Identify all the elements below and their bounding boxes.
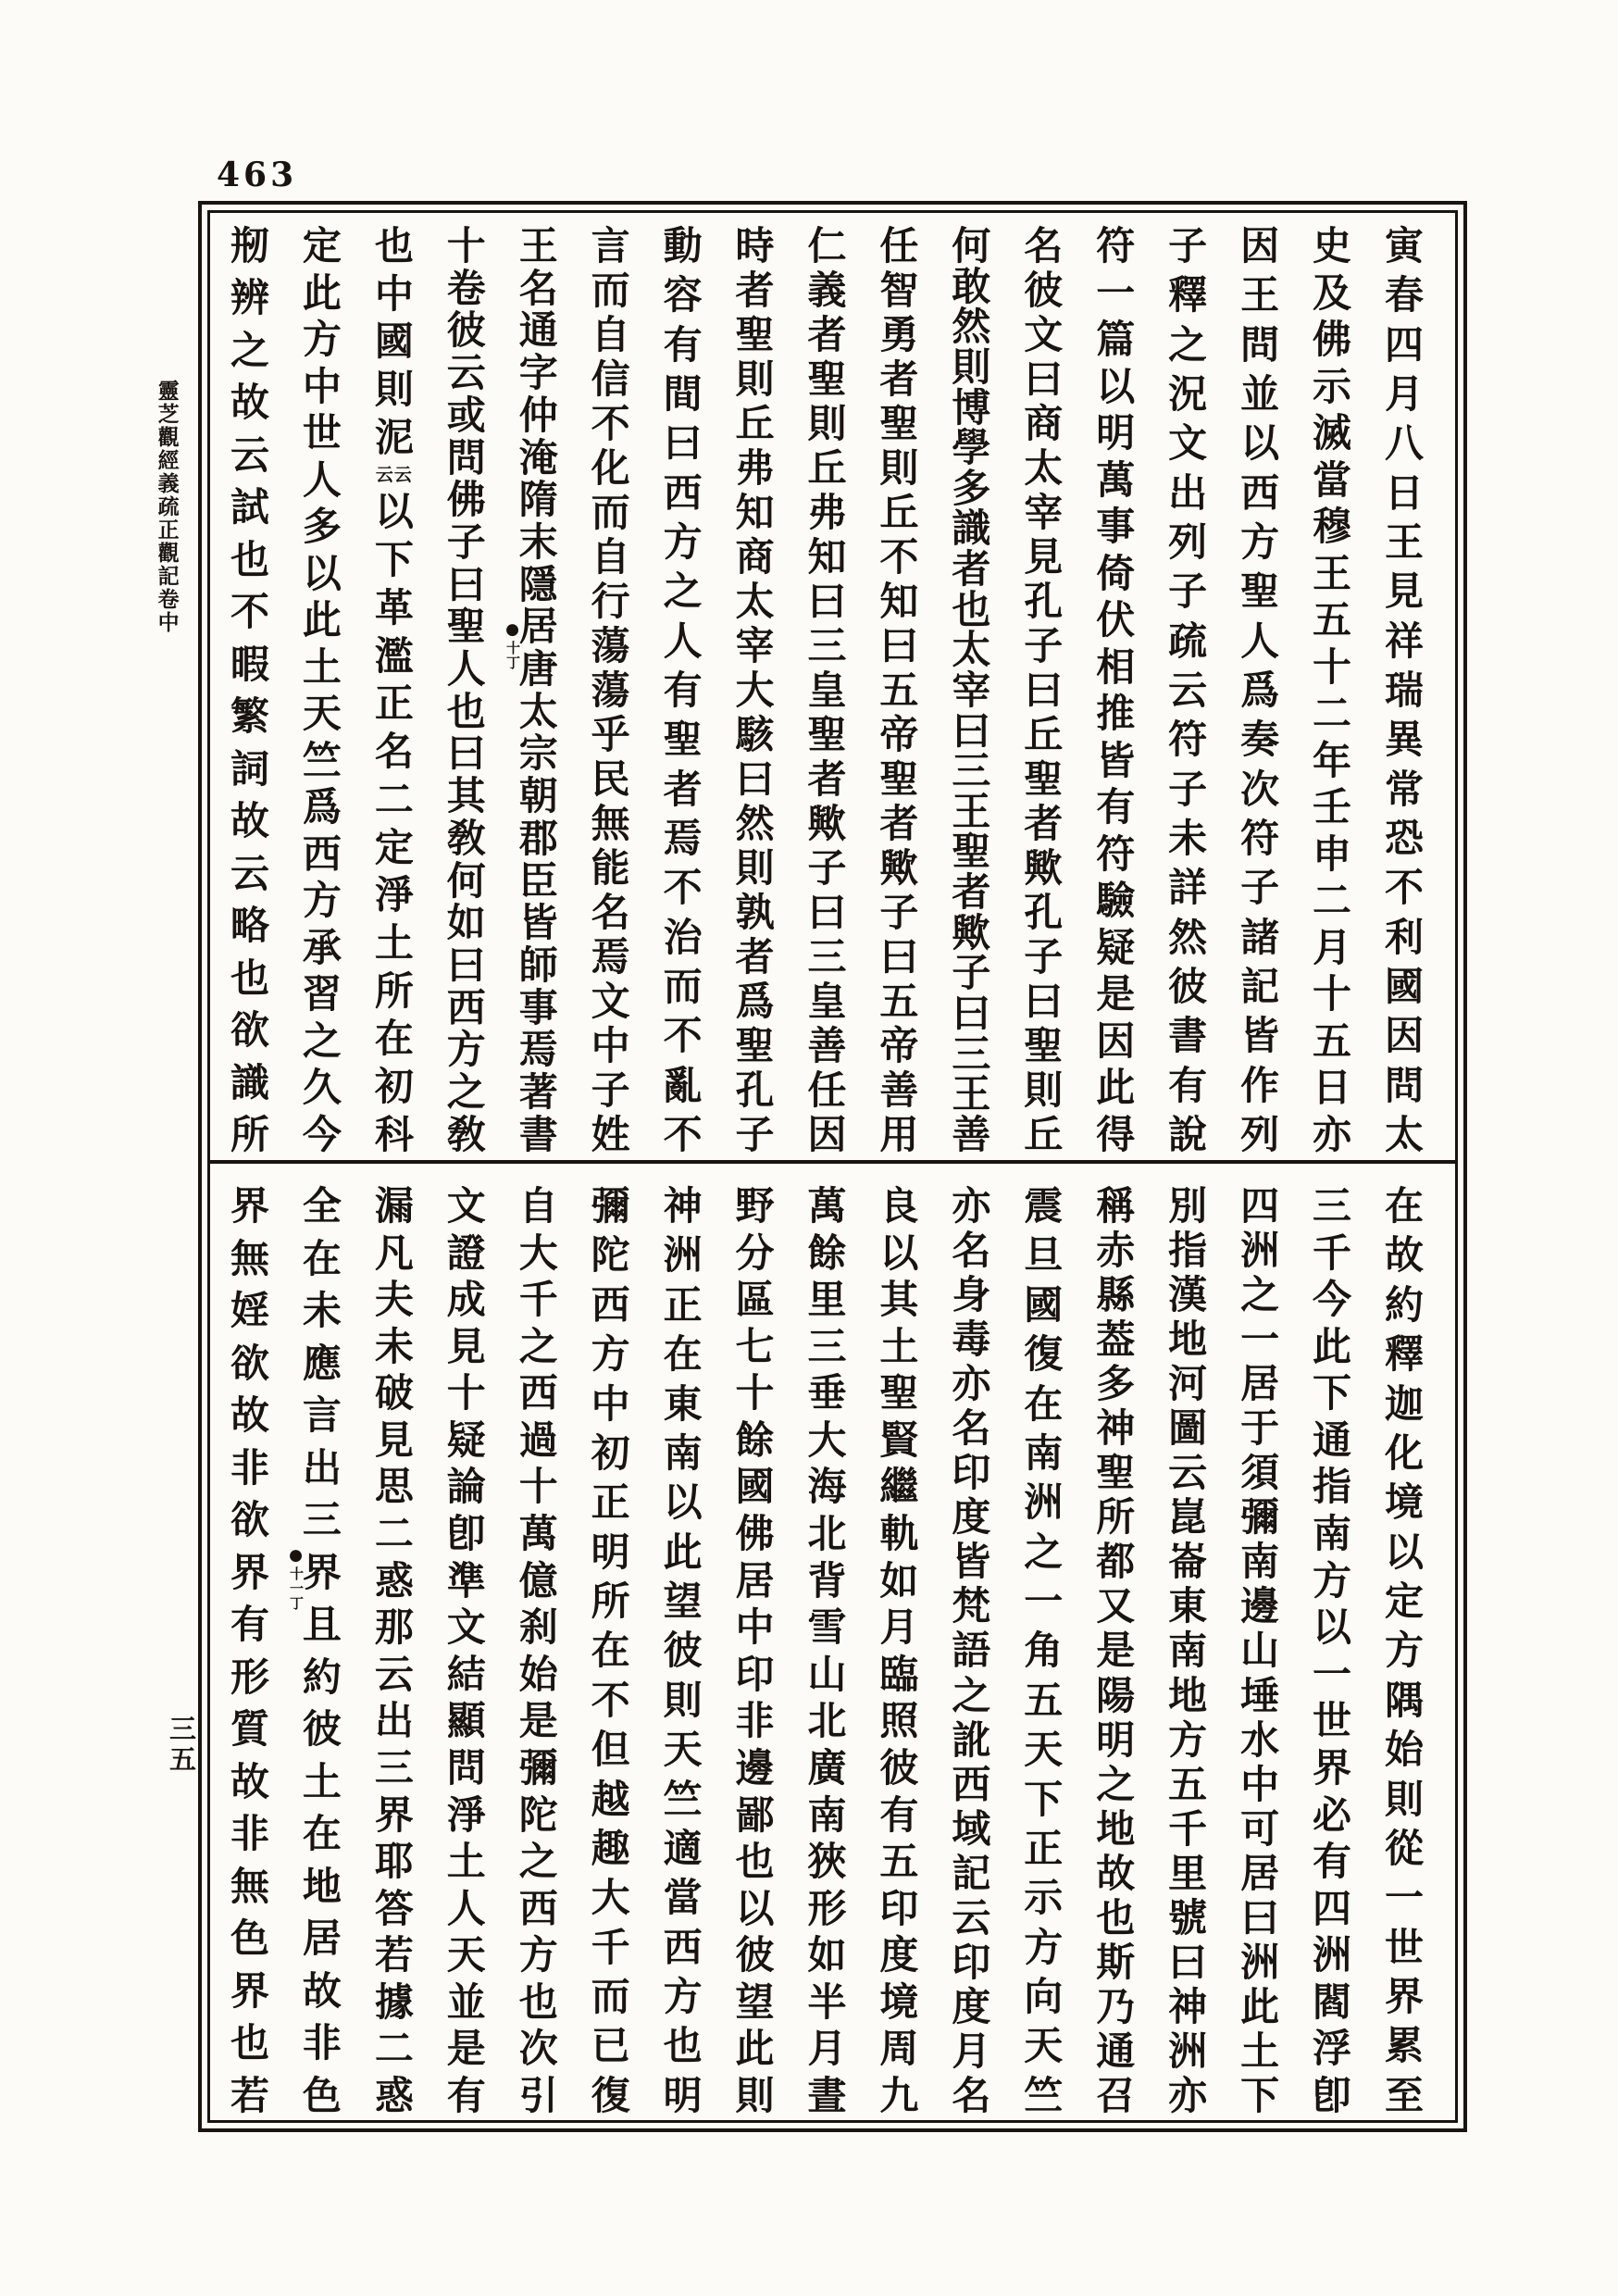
text-column: 名彼文曰商太宰見孔子曰丘聖者歟孔子曰聖則丘 xyxy=(1008,227,1078,1154)
char: 界 xyxy=(230,1554,269,1592)
char: 然 xyxy=(952,307,990,346)
char: 故 xyxy=(1385,1236,1424,1275)
char: 圖 xyxy=(1168,1409,1207,1448)
char: 震 xyxy=(1024,1187,1063,1226)
char: 則 xyxy=(664,1681,703,1720)
char: 居 xyxy=(736,1562,775,1601)
char: 應 xyxy=(303,1344,342,1383)
char: 閻 xyxy=(1313,1983,1351,2022)
char: 五 xyxy=(1313,1022,1351,1061)
char: 之 xyxy=(1240,1276,1279,1315)
char: 答 xyxy=(375,1890,414,1928)
char: 也 xyxy=(952,591,990,630)
char: 故 xyxy=(230,383,269,422)
char: 邊 xyxy=(736,1749,775,1788)
char: 人 xyxy=(447,1890,486,1928)
char: 勇 xyxy=(879,316,918,355)
char: 此 xyxy=(303,274,342,313)
char: 佛 xyxy=(1313,320,1351,359)
char: 況 xyxy=(1168,375,1207,414)
char: 人 xyxy=(1240,622,1279,661)
char: 皇 xyxy=(807,982,846,1021)
char: 所 xyxy=(591,1582,630,1621)
char: 日 xyxy=(1313,1068,1351,1107)
char: 萬 xyxy=(1096,461,1135,500)
char: 皆 xyxy=(1096,742,1135,780)
char: 千 xyxy=(591,1928,630,1967)
char: 蕩 xyxy=(591,627,630,666)
char: 于 xyxy=(1240,1409,1279,1448)
char: 聖 xyxy=(736,1027,775,1066)
char: 商 xyxy=(736,538,775,577)
char: 示 xyxy=(1024,1878,1063,1917)
char: 竺 xyxy=(303,742,342,780)
char: 西 xyxy=(952,1766,990,1804)
char: 孔 xyxy=(736,1071,775,1110)
char: 據 xyxy=(375,1983,414,2022)
char: 天 xyxy=(303,694,342,733)
text-column: 別指漢地河圖云崑崙東南地方五千里號曰神洲亦 xyxy=(1152,1187,1223,2115)
char: 自 xyxy=(591,538,630,577)
char: 約 xyxy=(303,1658,342,1697)
char: 軌 xyxy=(879,1515,918,1554)
char: 鄙 xyxy=(736,1796,775,1835)
text-column: 良以其土聖賢繼軌如月臨照彼有五印度境周九 xyxy=(864,1187,934,2115)
char: 疑 xyxy=(1096,929,1135,967)
char: 在 xyxy=(591,1631,630,1670)
char: 宰 xyxy=(736,627,775,666)
char: 歟 xyxy=(1024,849,1063,888)
char: 習 xyxy=(303,975,342,1014)
char: 者 xyxy=(664,770,703,809)
char: 宗 xyxy=(519,734,558,773)
char: 明 xyxy=(1096,414,1135,453)
char: 問 xyxy=(1240,326,1279,365)
char: 約 xyxy=(1385,1286,1424,1325)
char: 者 xyxy=(879,805,918,843)
char: 曰 xyxy=(1024,671,1063,710)
char: 趣 xyxy=(591,1829,630,1868)
char: 是 xyxy=(519,1702,558,1741)
char: 此 xyxy=(664,1533,703,1572)
char: 淹 xyxy=(519,439,558,478)
char: 無 xyxy=(230,1240,269,1279)
char: 有 xyxy=(1313,1842,1351,1881)
char: 號 xyxy=(1168,1899,1207,1938)
char: 四 xyxy=(1313,1890,1351,1928)
char: 皆 xyxy=(1240,1017,1279,1055)
char: 出 xyxy=(1168,474,1207,513)
char: 丘 xyxy=(1024,716,1063,755)
char: 毒 xyxy=(952,1320,990,1359)
char: 彼 xyxy=(879,1749,918,1788)
char: 在 xyxy=(1024,1385,1063,1424)
char: 臨 xyxy=(879,1655,918,1694)
char: 亦 xyxy=(1168,2077,1207,2115)
char: 蕩 xyxy=(591,671,630,710)
char: 復 xyxy=(1024,1335,1063,1374)
char: 子 xyxy=(879,893,918,932)
char: 北 xyxy=(807,1702,846,1741)
char: 文 xyxy=(591,982,630,1021)
char: 科 xyxy=(375,1116,414,1154)
char: 土 xyxy=(375,924,414,963)
char: 有 xyxy=(447,2077,486,2115)
char: 二 xyxy=(1313,881,1351,920)
char: 可 xyxy=(1240,1810,1279,1849)
register-divider-rule xyxy=(207,1160,1458,1164)
char: 十 xyxy=(447,227,486,266)
text-column: 十卷彼云或問佛子曰聖人也曰其敎何如曰西方之敎 xyxy=(431,227,502,1154)
char: 以 xyxy=(375,493,414,531)
char: 復 xyxy=(591,2077,630,2115)
char: 地 xyxy=(1168,1677,1207,1716)
char: 者 xyxy=(952,873,990,912)
char: 界 xyxy=(230,1972,269,2011)
char: 民 xyxy=(591,760,630,799)
char: 域 xyxy=(952,1810,990,1849)
char: 陀 xyxy=(591,1236,630,1275)
char: 始 xyxy=(1385,1730,1424,1769)
char: 常 xyxy=(1385,770,1424,809)
char: 並 xyxy=(447,1983,486,2022)
char: 居 xyxy=(1240,1854,1279,1893)
char: 區 xyxy=(736,1280,775,1319)
char: 初 xyxy=(375,1067,414,1106)
text-column: 時者聖則丘弗知商太宰大駭曰然則孰者爲聖孔子 xyxy=(720,227,790,1154)
char: 名 xyxy=(519,269,558,308)
char: 故 xyxy=(230,1396,269,1435)
char: 中 xyxy=(591,1027,630,1066)
sheet-mark-dot-icon: ● xyxy=(505,622,519,638)
char: 度 xyxy=(952,1498,990,1537)
char: 刹 xyxy=(519,1608,558,1647)
char: 歟 xyxy=(807,805,846,843)
char: 三 xyxy=(807,1328,846,1366)
char: 自 xyxy=(591,316,630,355)
char: 垂 xyxy=(807,1374,846,1413)
char: 竺 xyxy=(1024,2077,1063,2115)
text-column: 四洲之一居于須彌南邊山埵水中可居曰洲此土下 xyxy=(1225,1187,1295,2115)
char: 之 xyxy=(447,1073,486,1112)
char: 二 xyxy=(1313,694,1351,733)
char: 王 xyxy=(952,1075,990,1114)
char: 乎 xyxy=(591,716,630,755)
char: 曰 xyxy=(952,712,990,751)
char: 云 xyxy=(1168,671,1207,710)
char: 化 xyxy=(591,449,630,488)
char: 卽 xyxy=(447,1515,486,1554)
char: 因 xyxy=(1096,1022,1135,1061)
char: 曰 xyxy=(447,566,486,605)
char: 革 xyxy=(375,589,414,628)
text-column: 剏辨之故云試也不暇繁詞故云略也欲識所 xyxy=(215,227,285,1154)
char: 事 xyxy=(519,989,558,1028)
char: 曰 xyxy=(807,582,846,621)
char: 南 xyxy=(1240,1542,1279,1581)
char: 知 xyxy=(879,582,918,621)
char: 若 xyxy=(375,1936,414,1975)
char: 王 xyxy=(1313,555,1351,593)
text-column: 神洲正在東南以此望彼則天竺適當西方也明 xyxy=(648,1187,718,2115)
char: 五 xyxy=(1024,1681,1063,1720)
char: 及 xyxy=(1313,274,1351,313)
char: 則 xyxy=(1024,1071,1063,1110)
char: 者 xyxy=(736,938,775,977)
small-gloss: 云云 xyxy=(376,467,413,484)
char: 斯 xyxy=(1096,1943,1135,1982)
char: 而 xyxy=(664,967,703,1006)
char: 相 xyxy=(1096,648,1135,687)
print-page-number: 463 xyxy=(217,156,297,194)
char: 月 xyxy=(1385,375,1424,414)
page-frame: 寅春四月八日王見祥瑞異常恐不利國因問太史及佛示滅當穆王五十二年壬申二月十五日亦因… xyxy=(198,201,1467,2132)
char: 師 xyxy=(519,946,558,985)
char: 名 xyxy=(1024,227,1063,266)
char: 見 xyxy=(375,1421,414,1460)
char: 而 xyxy=(591,271,630,310)
char: 當 xyxy=(1313,461,1351,500)
char: 得 xyxy=(1096,1116,1135,1154)
char: 其 xyxy=(879,1280,918,1319)
char: 日 xyxy=(1385,474,1424,513)
char: 所 xyxy=(1096,1498,1135,1537)
char: 而 xyxy=(591,493,630,532)
char: 定 xyxy=(375,829,414,867)
char: 此 xyxy=(303,601,342,640)
char: 博 xyxy=(952,389,990,428)
char: 故 xyxy=(230,802,269,841)
char: 示 xyxy=(1313,368,1351,406)
char: 度 xyxy=(952,1988,990,2027)
char: 釋 xyxy=(1385,1335,1424,1374)
char: 不 xyxy=(1385,868,1424,907)
char: 之 xyxy=(519,1328,558,1366)
char: 彌 xyxy=(591,1187,630,1226)
char: 以 xyxy=(1385,1533,1424,1572)
char: 是 xyxy=(447,2029,486,2068)
char: 史 xyxy=(1313,227,1351,266)
char: 而 xyxy=(591,1978,630,2016)
char: 在 xyxy=(1385,1187,1424,1226)
char: 子 xyxy=(591,1071,630,1110)
char: 義 xyxy=(807,271,846,310)
char: 三 xyxy=(807,938,846,977)
char: 七 xyxy=(736,1328,775,1366)
char: 因 xyxy=(1385,1017,1424,1055)
char: 宰 xyxy=(952,671,990,710)
char: 彌 xyxy=(1240,1498,1279,1537)
char: 弗 xyxy=(736,449,775,488)
char: 曰 xyxy=(1240,1899,1279,1938)
char: 指 xyxy=(1313,1467,1351,1506)
char: 印 xyxy=(736,1655,775,1694)
char: 西 xyxy=(664,1928,703,1967)
char: 西 xyxy=(303,835,342,874)
char: 定 xyxy=(303,227,342,266)
char: 方 xyxy=(303,320,342,359)
char: 明 xyxy=(1096,1721,1135,1760)
char: 大 xyxy=(807,1421,846,1460)
char: 不 xyxy=(664,1017,703,1055)
char: 釋 xyxy=(1168,276,1207,315)
char: 思 xyxy=(375,1467,414,1506)
char: 聖 xyxy=(1096,1454,1135,1492)
char: 通 xyxy=(519,311,558,350)
text-column: 三千今此下通指南方以一世界必有四洲閻浮卽 xyxy=(1297,1187,1367,2115)
char: 世 xyxy=(303,414,342,453)
char: 界 xyxy=(1313,1749,1351,1788)
char: 曰 xyxy=(664,424,703,463)
char: 洲 xyxy=(664,1236,703,1275)
char: 以 xyxy=(1240,424,1279,463)
char: 北 xyxy=(807,1515,846,1554)
char: 居 xyxy=(303,1919,342,1958)
char: 神 xyxy=(664,1187,703,1226)
char: 準 xyxy=(447,1562,486,1601)
char: 成 xyxy=(447,1280,486,1319)
char: 崙 xyxy=(1168,1542,1207,1581)
char: 始 xyxy=(519,1655,558,1694)
char: 山 xyxy=(807,1655,846,1694)
char: 任 xyxy=(879,227,918,266)
char: 通 xyxy=(1313,1421,1351,1460)
char: 皇 xyxy=(807,671,846,710)
char: 中 xyxy=(375,275,414,314)
char: 丘 xyxy=(736,405,775,443)
char: 倚 xyxy=(1096,555,1135,593)
char: 五 xyxy=(1168,1766,1207,1804)
char: 符 xyxy=(1240,819,1279,858)
char: 泥 xyxy=(375,418,414,457)
char: 敎 xyxy=(447,1116,486,1154)
char: 善 xyxy=(879,1071,918,1110)
char: 方 xyxy=(519,1936,558,1975)
char: 不 xyxy=(664,1116,703,1154)
char: 歟 xyxy=(952,914,990,953)
char: 治 xyxy=(664,918,703,957)
char: 方 xyxy=(664,1978,703,2016)
char: 印 xyxy=(952,1454,990,1492)
char: 穆 xyxy=(1313,507,1351,546)
char: 大 xyxy=(736,671,775,710)
char: 學 xyxy=(952,429,990,468)
char: 方 xyxy=(1024,1928,1063,1967)
char: 月 xyxy=(879,1608,918,1647)
char: 敢 xyxy=(952,268,990,306)
char: 瑞 xyxy=(1385,671,1424,710)
char: 正 xyxy=(375,684,414,723)
char: 人 xyxy=(664,622,703,661)
char: 在 xyxy=(303,1815,342,1853)
char: 則 xyxy=(879,449,918,488)
char: 天 xyxy=(1024,1730,1063,1769)
char: 出 xyxy=(375,1702,414,1741)
char: 梵 xyxy=(952,1587,990,1626)
char: 竺 xyxy=(664,1780,703,1819)
char: 五 xyxy=(1313,601,1351,640)
char: 曰 xyxy=(447,946,486,985)
char: 暇 xyxy=(230,645,269,684)
char: 質 xyxy=(230,1710,269,1749)
char: 動 xyxy=(664,227,703,266)
char: 若 xyxy=(230,2077,269,2115)
char: 三 xyxy=(1313,1187,1351,1226)
char: 曰 xyxy=(736,760,775,799)
char: 爲 xyxy=(1240,671,1279,710)
text-column: 漏凡夫未破見思二惑那云出三界耶答若據二惑 xyxy=(359,1187,429,2115)
char: 葢 xyxy=(1096,1320,1135,1359)
char: 中 xyxy=(303,368,342,406)
char: 月 xyxy=(1313,929,1351,967)
char: 奏 xyxy=(1240,720,1279,759)
char: 國 xyxy=(736,1467,775,1506)
char: 有 xyxy=(1168,1067,1207,1105)
char: 無 xyxy=(230,1867,269,1906)
char: 論 xyxy=(447,1467,486,1506)
char: 三 xyxy=(807,627,846,666)
char: 者 xyxy=(1024,805,1063,843)
char: 亦 xyxy=(1313,1116,1351,1154)
char: 繁 xyxy=(230,697,269,736)
char: 非 xyxy=(230,1449,269,1488)
char: 一 xyxy=(1240,1320,1279,1359)
char: 化 xyxy=(1385,1434,1424,1473)
char: 土 xyxy=(447,1842,486,1881)
char: 形 xyxy=(230,1658,269,1697)
char: 皆 xyxy=(519,904,558,942)
char: 國 xyxy=(1385,967,1424,1006)
char: 二 xyxy=(375,2029,414,2068)
char: 國 xyxy=(375,322,414,361)
char: 曰 xyxy=(807,893,846,932)
char: 越 xyxy=(591,1780,630,1819)
sheet-mark-label: 十丁 xyxy=(505,641,519,670)
char: 歟 xyxy=(879,849,918,888)
char: 隱 xyxy=(519,566,558,605)
char: 仲 xyxy=(519,396,558,435)
char: 有 xyxy=(879,1796,918,1835)
char: 說 xyxy=(1168,1116,1207,1154)
char: 且 xyxy=(303,1605,342,1644)
char: 河 xyxy=(1168,1365,1207,1404)
char: 亦 xyxy=(952,1365,990,1404)
char: 乃 xyxy=(1096,1988,1135,2027)
char: 也 xyxy=(230,2024,269,2063)
char: 必 xyxy=(1313,1796,1351,1835)
text-column: 動容有間曰西方之人有聖者焉不治而不亂不 xyxy=(648,227,718,1154)
text-column: 言而自信不化而自行蕩蕩乎民無能名焉文中子姓 xyxy=(576,227,646,1154)
char: 或 xyxy=(447,396,486,435)
char: 三 xyxy=(303,1501,342,1540)
char: 十 xyxy=(447,1374,486,1413)
char: 多 xyxy=(952,469,990,508)
char: 下 xyxy=(375,541,414,580)
char: 詳 xyxy=(1168,868,1207,907)
text-column: 野分區七十餘國佛居中印非邊鄙也以彼望此則 xyxy=(720,1187,790,2115)
char: 駭 xyxy=(736,716,775,755)
char: 文 xyxy=(1168,424,1207,463)
char: 賢 xyxy=(879,1421,918,1460)
char: 之 xyxy=(303,1022,342,1061)
char: 指 xyxy=(1168,1231,1207,1270)
text-column: 仁義者聖則丘弗知曰三皇聖者歟子曰三皇善任因 xyxy=(792,227,863,1154)
char: 云 xyxy=(230,855,269,893)
char: 萬 xyxy=(519,1515,558,1554)
char: 欲 xyxy=(230,1344,269,1383)
char: 則 xyxy=(736,849,775,888)
char: 此 xyxy=(1096,1068,1135,1107)
